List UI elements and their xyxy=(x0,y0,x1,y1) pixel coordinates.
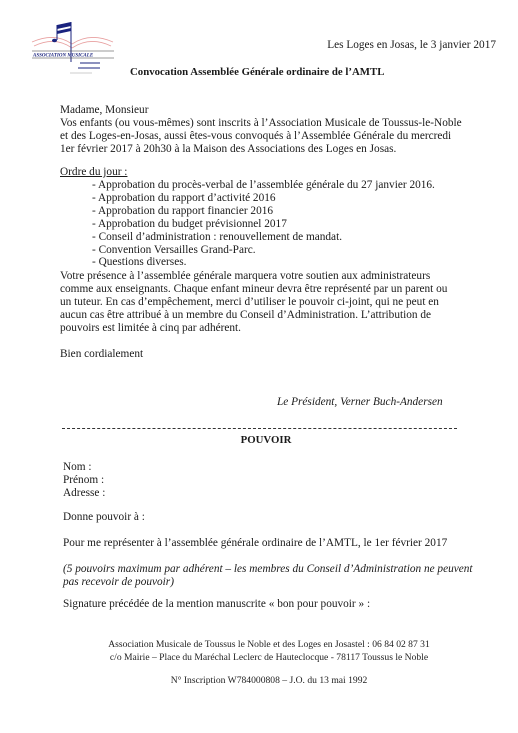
agenda-list: - Approbation du procès-verbal de l’asse… xyxy=(92,179,435,269)
presence-line: un tuteur. En cas d’empêchement, merci d… xyxy=(60,296,447,309)
proxy-note-line: (5 pouvoirs maximum par adhérent – les m… xyxy=(63,563,473,576)
address-field-label: Adresse : xyxy=(63,487,105,500)
agenda-item: - Approbation du rapport d’activité 2016 xyxy=(92,192,435,205)
agenda-item: - Convention Versailles Grand-Parc. xyxy=(92,244,435,257)
agenda-heading: Ordre du jour : xyxy=(60,166,127,179)
presence-line: aucun cas être attribué à un membre du C… xyxy=(60,309,447,322)
signature-mention: Signature précédée de la mention manuscr… xyxy=(63,598,370,611)
presence-line: Votre présence à l’assemblée générale ma… xyxy=(60,270,447,283)
agenda-item: - Approbation du budget prévisionnel 201… xyxy=(92,218,435,231)
presence-line: pouvoirs est limitée à cinq par adhérent… xyxy=(60,322,447,335)
agenda-item: - Approbation du rapport financier 2016 xyxy=(92,205,435,218)
footer-line: Association Musicale de Toussus le Noble… xyxy=(20,639,518,652)
intro-line: et des Loges-en-Josas, aussi êtes-vous c… xyxy=(60,130,462,143)
presence-paragraph: Votre présence à l’assemblée générale ma… xyxy=(60,270,447,335)
footer-line: c/o Mairie – Place du Maréchal Leclerc d… xyxy=(20,652,518,665)
agenda-item: - Questions diverses. xyxy=(92,256,435,269)
registration-number: N° Inscription W784000808 – J.O. du 13 m… xyxy=(20,675,518,688)
name-field-label: Nom : xyxy=(63,461,105,474)
intro-paragraph: Vos enfants (ou vous-mêmes) sont inscrit… xyxy=(60,117,462,156)
footer: Association Musicale de Toussus le Noble… xyxy=(0,639,518,688)
firstname-field-label: Prénom : xyxy=(63,474,105,487)
place-date: Les Loges en Josas, le 3 janvier 2017 xyxy=(327,39,496,51)
document-title: Convocation Assemblée Générale ordinaire… xyxy=(130,66,384,78)
association-logo: ASSOCIATION MUSICALE xyxy=(30,20,115,75)
document-page: ASSOCIATION MUSICALE Les Loges en Josas,… xyxy=(0,0,518,733)
cut-line-divider xyxy=(62,428,457,429)
presence-line: comme aux enseignants. Chaque enfant min… xyxy=(60,283,447,296)
grant-proxy-label: Donne pouvoir à : xyxy=(63,511,145,524)
proxy-title: POUVOIR xyxy=(0,434,518,446)
president-signature: Le Président, Verner Buch-Andersen xyxy=(277,396,443,408)
music-note-logo-icon: ASSOCIATION MUSICALE xyxy=(30,20,115,75)
svg-text:ASSOCIATION MUSICALE: ASSOCIATION MUSICALE xyxy=(32,54,94,59)
agenda-item: - Approbation du procès-verbal de l’asse… xyxy=(92,179,435,192)
proxy-note-line: pas recevoir de pouvoir) xyxy=(63,576,473,589)
intro-line: 1er février 2017 à 20h30 à la Maison des… xyxy=(60,143,462,156)
salutation: Madame, Monsieur xyxy=(60,104,148,117)
agenda-item: - Conseil d’administration : renouvellem… xyxy=(92,231,435,244)
intro-line: Vos enfants (ou vous-mêmes) sont inscrit… xyxy=(60,117,462,130)
proxy-form-fields: Nom : Prénom : Adresse : xyxy=(63,461,105,500)
proxy-limit-note: (5 pouvoirs maximum par adhérent – les m… xyxy=(63,563,473,589)
closing: Bien cordialement xyxy=(60,348,143,361)
represent-statement: Pour me représenter à l’assemblée généra… xyxy=(63,537,447,550)
